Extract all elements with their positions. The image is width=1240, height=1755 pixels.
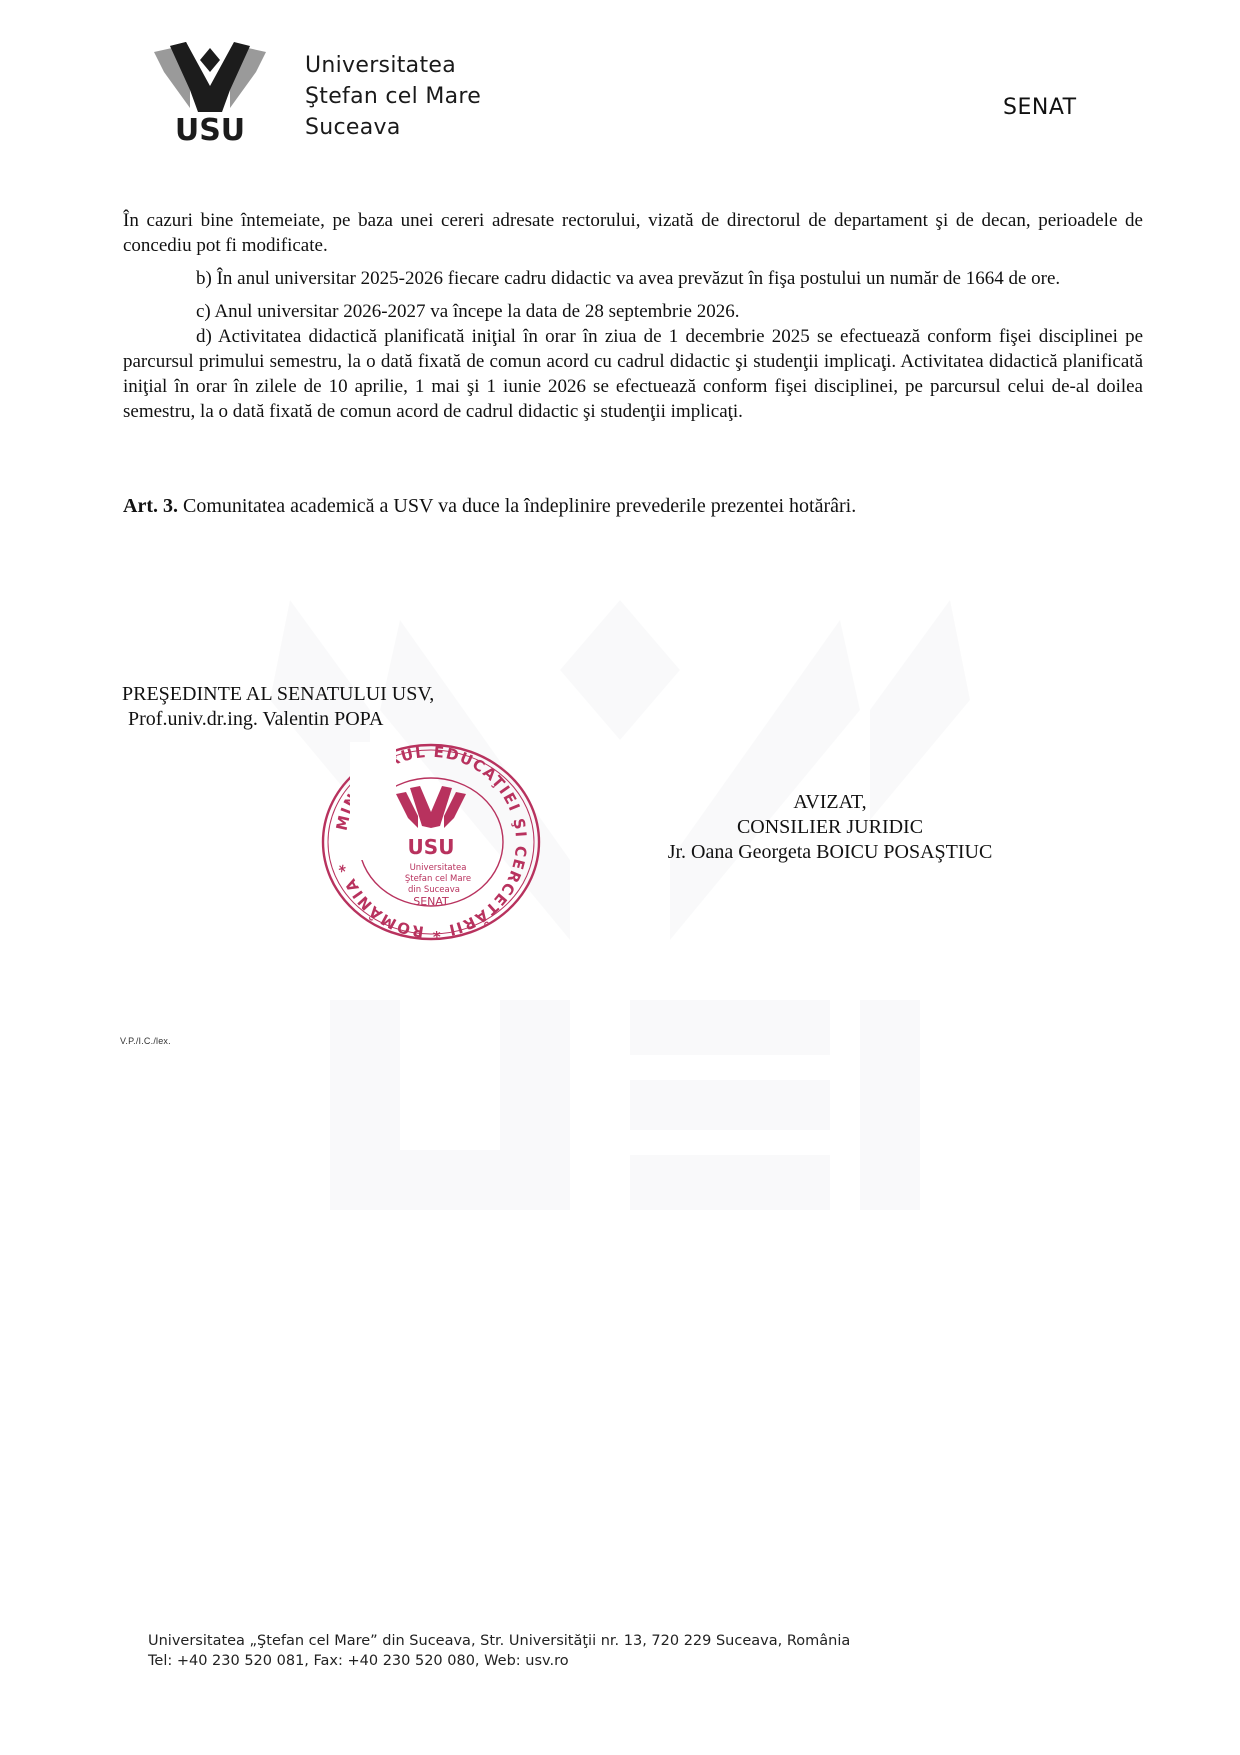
- article-3-label: Art. 3.: [123, 495, 178, 517]
- usv-logo-icon: USU: [150, 42, 270, 142]
- document-body: În cazuri bine întemeiate, pe baza unei …: [123, 208, 1143, 424]
- approval-label: AVIZAT,: [620, 790, 1040, 815]
- signature-president: PREŞEDINTE AL SENATULUI USV, Prof.univ.d…: [122, 682, 434, 732]
- signature-legal-advisor: AVIZAT, CONSILIER JURIDIC Jr. Oana Georg…: [620, 790, 1040, 865]
- section-label: SENAT: [1003, 95, 1077, 120]
- institution-name-line: Universitatea: [305, 50, 481, 81]
- president-title: PREŞEDINTE AL SENATULUI USV,: [122, 682, 434, 707]
- paragraph-leave-periods: În cazuri bine întemeiate, pe baza unei …: [123, 208, 1143, 258]
- page-footer: Universitatea „Ştefan cel Mare” din Suce…: [148, 1631, 850, 1671]
- legal-advisor-title: CONSILIER JURIDIC: [620, 815, 1040, 840]
- svg-text:Ştefan cel Mare: Ştefan cel Mare: [405, 874, 471, 884]
- paragraph-d: d) Activitatea didactică planificată ini…: [123, 324, 1143, 424]
- paragraph-c: c) Anul universitar 2026-2027 va începe …: [123, 299, 1143, 324]
- svg-text:din Suceava: din Suceava: [408, 885, 460, 895]
- svg-text:SENAT: SENAT: [413, 895, 449, 908]
- footer-contact: Tel: +40 230 520 081, Fax: +40 230 520 0…: [148, 1651, 850, 1671]
- institution-name-line: Suceava: [305, 112, 481, 143]
- article-3-text: Comunitatea academică a USV va duce la î…: [178, 495, 856, 517]
- svg-text:USU: USU: [408, 835, 455, 859]
- svg-text:USU: USU: [175, 113, 245, 142]
- president-name: Prof.univ.dr.ing. Valentin POPA: [122, 707, 434, 732]
- redaction-block: [350, 742, 396, 860]
- svg-text:Universitatea: Universitatea: [410, 863, 467, 873]
- institution-name: Universitatea Ştefan cel Mare Suceava: [305, 50, 481, 143]
- article-3: Art. 3. Comunitatea academică a USV va d…: [123, 494, 856, 519]
- legal-advisor-name: Jr. Oana Georgeta BOICU POSAŞTIUC: [620, 840, 1040, 865]
- reference-code: V.P./I.C./lex.: [120, 1036, 171, 1046]
- footer-address: Universitatea „Ştefan cel Mare” din Suce…: [148, 1631, 850, 1651]
- institution-name-line: Ştefan cel Mare: [305, 81, 481, 112]
- paragraph-b: b) În anul universitar 2025-2026 fiecare…: [123, 266, 1143, 291]
